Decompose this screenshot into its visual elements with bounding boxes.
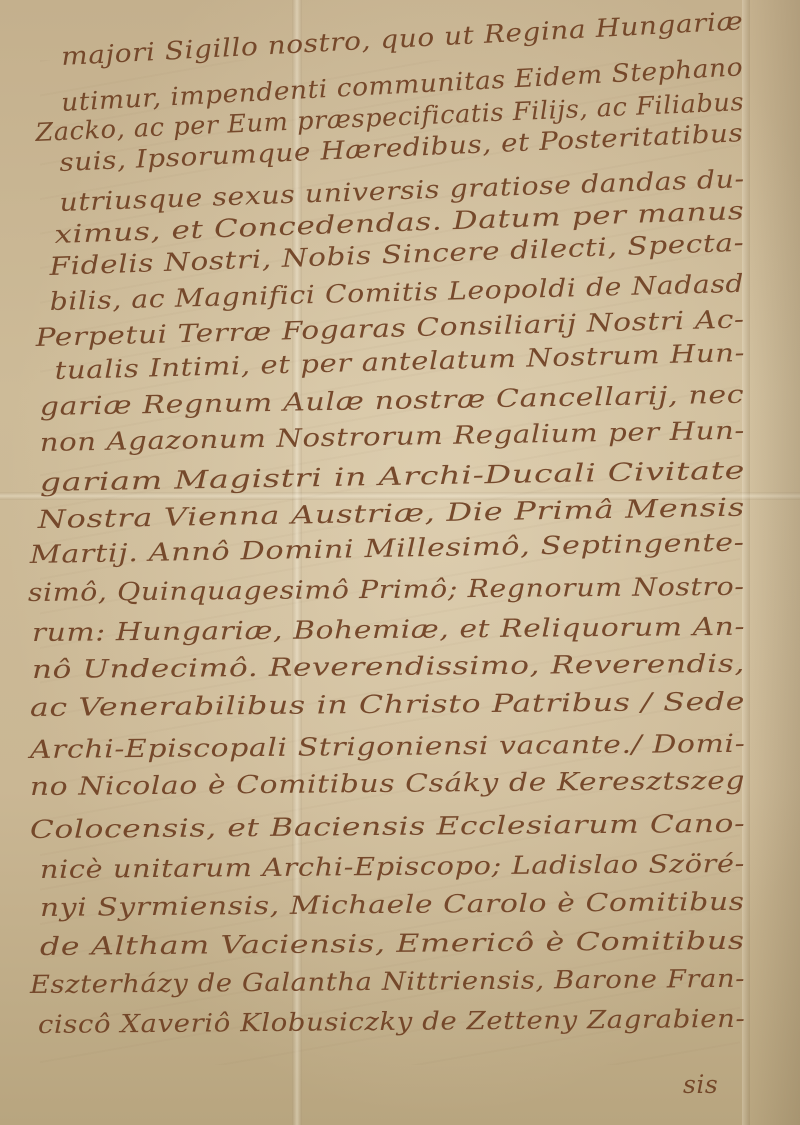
text-line: simô, Quinquagesimô Primô; Regnorum Nost… <box>28 572 745 607</box>
text-line: Archi-Episcopali Strigoniensi vacante./ … <box>30 729 746 764</box>
text-line: de Altham Vaciensis, Emericô è Comitibus <box>40 926 745 961</box>
text-line: nicè unitarum Archi-Episcopo; Ladislao S… <box>40 849 745 884</box>
text-line: ciscô Xaveriô Klobusiczky de Zetteny Zag… <box>38 1004 746 1039</box>
text-line: nô Undecimô. Reverendissimo, Reverendis, <box>32 649 745 684</box>
text-line: no Nicolao è Comitibus Csáky de Kereszts… <box>30 766 745 801</box>
text-line: rum: Hungariæ, Bohemiæ, et Reliquorum An… <box>32 612 745 647</box>
text-line: Nostra Vienna Austriæ, Die Primâ Mensis <box>37 493 745 534</box>
text-line: gariæ Regnum Aulæ nostræ Cancellarij, ne… <box>39 380 744 421</box>
catchword: sis <box>683 1070 718 1099</box>
text-line: ac Venerabilibus in Christo Patribus / S… <box>30 687 745 722</box>
text-line: Eszterházy de Galantha Nittriensis, Baro… <box>30 964 745 999</box>
text-line: non Agazonum Nostrorum Regalium per Hun- <box>39 416 745 457</box>
manuscript-text: majori Sigillo nostro, quo ut Regina Hun… <box>0 0 800 1125</box>
text-line: Colocensis, et Baciensis Ecclesiarum Can… <box>30 809 746 844</box>
manuscript-page: majori Sigillo nostro, quo ut Regina Hun… <box>0 0 800 1125</box>
text-line: gariam Magistri in Archi-Ducali Civitate <box>39 456 745 497</box>
text-line: nyi Syrmiensis, Michaele Carolo è Comiti… <box>40 887 745 922</box>
text-line: Martij. Annô Domini Millesimô, Septingen… <box>29 528 744 569</box>
